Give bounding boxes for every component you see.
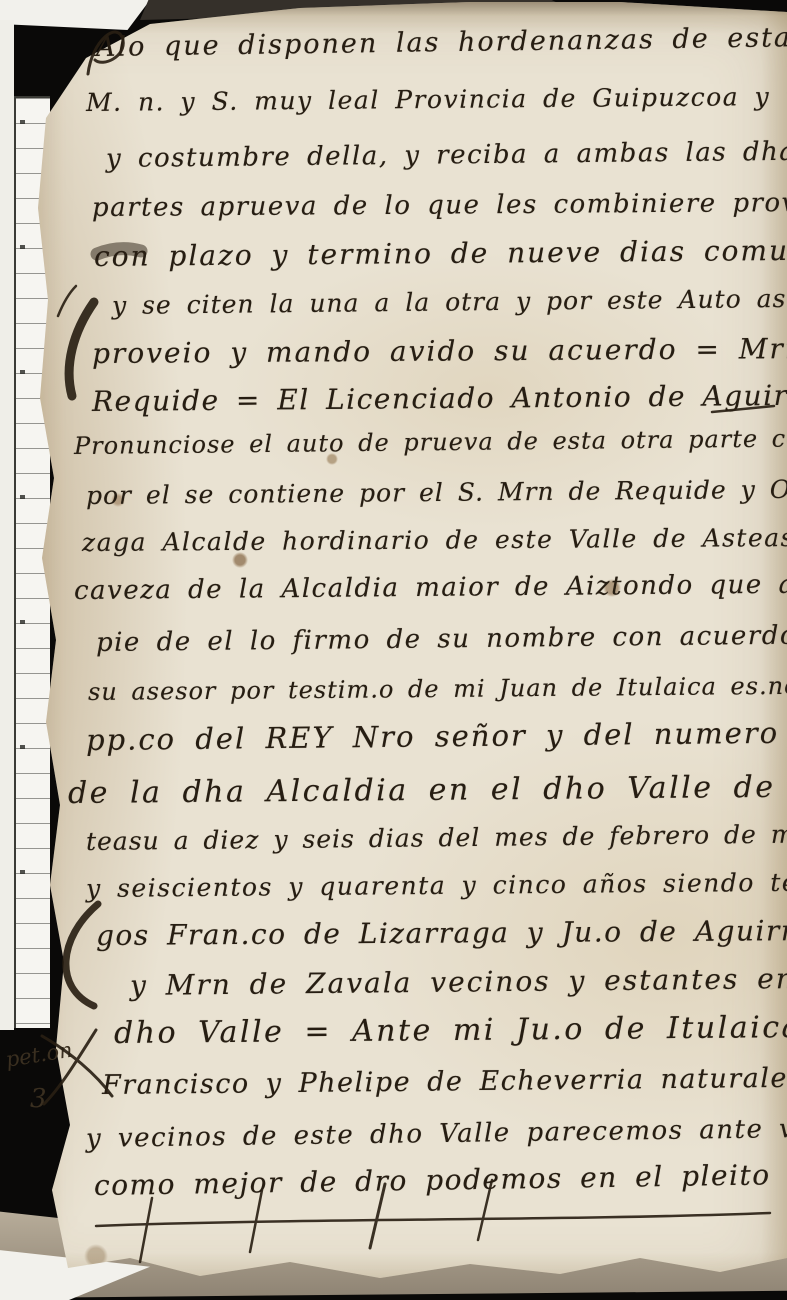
- manuscript-line: y seiscientos y quarenta y cinco años si…: [86, 869, 787, 901]
- manuscript-line: y costumbre della, y reciba a ambas las …: [106, 139, 787, 172]
- scanner-bed-left-strip: [0, 20, 14, 1030]
- manuscript-line: y Mrn de Zavala vecinos y estantes en el: [130, 965, 787, 1000]
- manuscript-line: por el se contiene por el S. Mrn de Requ…: [86, 477, 787, 508]
- manuscript-line: partes aprueva de lo que les combiniere …: [92, 190, 787, 221]
- manuscript-line: teasu a diez y seis dias del mes de febr…: [86, 821, 787, 854]
- margin-note-folio-number: 3: [30, 1086, 47, 1112]
- manuscript-line: pie de el lo firmo de su nombre con acue…: [96, 622, 787, 656]
- manuscript-line: proveio y mando avido su acuerdo = Mrn d…: [92, 335, 787, 368]
- manuscript-line: Francisco y Phelipe de Echeverria natura…: [102, 1065, 787, 1099]
- manuscript-line: zaga Alcalde hordinario de este Valle de…: [82, 525, 787, 555]
- scanner-bed-corner: [0, 0, 150, 30]
- manuscript-line: Requide = El Licenciado Antonio de Aguir…: [92, 382, 787, 416]
- manuscript-line: y se citen la una a la otra y por este A…: [112, 285, 787, 318]
- manuscript-line: Pronunciose el auto de prueva de esta ot…: [74, 426, 787, 458]
- manuscript-line: M. n. y S. muy leal Provincia de Guipuzc…: [86, 83, 787, 115]
- manuscript-line: dho Valle = Ante mi Ju.o de Itulaica: [114, 1013, 787, 1049]
- manuscript-line: pp.co del REY Nro señor y del numero: [86, 719, 779, 755]
- manuscript-line: su asesor por testim.o de mi Juan de Itu…: [88, 674, 787, 704]
- manuscript-line: con plazo y termino de nueve dias comune…: [94, 236, 787, 271]
- measuring-ruler-ticks: [20, 120, 25, 980]
- manuscript-line: gos Fran.co de Lizarraga y Ju.o de Aguir…: [96, 917, 787, 950]
- manuscript-line: de la dha Alcaldia en el dho Valle de As: [68, 772, 787, 809]
- manuscript-line: caveza de la Alcaldia maior de Aiztondo …: [74, 572, 787, 604]
- manuscript-scan: Alo que disponen las hordenanzas de esta…: [0, 0, 787, 1300]
